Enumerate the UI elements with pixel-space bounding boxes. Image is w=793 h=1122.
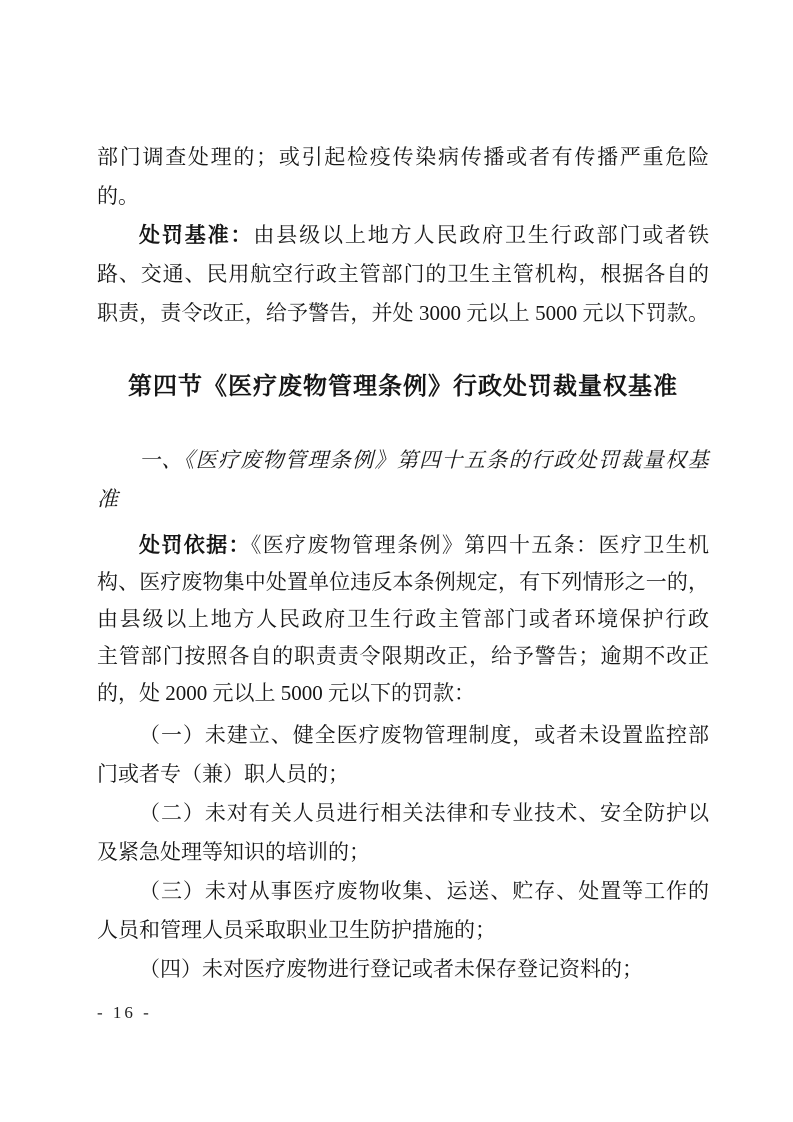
penalty-basis-label: 处罚依据： xyxy=(139,534,251,557)
body-text-line: 处罚依据：《医疗废物管理条例》第四十五条：医疗卫生机 xyxy=(97,527,709,564)
list-item-line: 门或者专（兼）职人员的； xyxy=(97,755,709,794)
list-item-line: （四）未对医疗废物进行登记或者未保存登记资料的； xyxy=(97,950,709,989)
vertical-spacer xyxy=(97,333,709,367)
list-item: （四）未对医疗废物进行登记或者未保存登记资料的； xyxy=(97,950,709,989)
vertical-spacer xyxy=(97,407,709,441)
paragraph-continuation: 部门调查处理的；或引起检疫传染病传播或者有传播严重危险 的。 xyxy=(97,138,709,216)
body-text-line: 路、交通、民用航空行政主管部门的卫生主管机构，根据各自的 xyxy=(97,255,709,294)
list-item-line: 人员和管理人员采取职业卫生防护措施的； xyxy=(97,911,709,950)
numbered-clause-list: （一）未建立、健全医疗废物管理制度，或者未设置监控部 门或者专（兼）职人员的； … xyxy=(97,716,709,989)
list-item: （三）未对从事医疗废物收集、运送、贮存、处置等工作的 人员和管理人员采取职业卫生… xyxy=(97,872,709,950)
body-text-line: 的。 xyxy=(97,177,709,216)
penalty-benchmark-label: 处罚基准： xyxy=(139,224,253,247)
body-text-line: 部门调查处理的；或引起检疫传染病传播或者有传播严重危险 xyxy=(97,138,709,177)
paragraph-penalty-basis: 处罚依据：《医疗废物管理条例》第四十五条：医疗卫生机 构、医疗废物集中处置单位违… xyxy=(97,527,709,712)
sub-heading-line: 准 xyxy=(97,480,709,519)
body-text-line: 的，处 2000 元以上 5000 元以下的罚款： xyxy=(97,675,709,712)
paragraph-penalty-benchmark: 处罚基准：由县级以上地方人民政府卫生行政部门或者铁 路、交通、民用航空行政主管部… xyxy=(97,216,709,333)
list-item-line: （一）未建立、健全医疗废物管理制度，或者未设置监控部 xyxy=(97,716,709,755)
document-page: 部门调查处理的；或引起检疫传染病传播或者有传播严重危险 的。 处罚基准：由县级以… xyxy=(0,0,793,1122)
footer-page-number: - 16 - xyxy=(97,1003,152,1023)
list-item-line: （二）未对有关人员进行相关法律和专业技术、安全防护以 xyxy=(97,794,709,833)
body-text-span: 由县级以上地方人民政府卫生行政部门或者铁 xyxy=(253,223,709,247)
document-content: 部门调查处理的；或引起检疫传染病传播或者有传播严重危险 的。 处罚基准：由县级以… xyxy=(97,138,709,989)
body-text-line: 职责，责令改正，给予警告，并处 3000 元以上 5000 元以下罚款。 xyxy=(97,294,709,333)
body-text-line: 构、医疗废物集中处置单位违反本条例规定，有下列情形之一的， xyxy=(97,564,709,601)
body-text-line: 由县级以上地方人民政府卫生行政主管部门或者环境保护行政 xyxy=(97,601,709,638)
sub-heading-line: 一、《医疗废物管理条例》第四十五条的行政处罚裁量权基 xyxy=(97,441,709,480)
list-item-line: （三）未对从事医疗废物收集、运送、贮存、处置等工作的 xyxy=(97,872,709,911)
list-item: （二）未对有关人员进行相关法律和专业技术、安全防护以 及紧急处理等知识的培训的； xyxy=(97,794,709,872)
body-text-line: 处罚基准：由县级以上地方人民政府卫生行政部门或者铁 xyxy=(97,216,709,255)
list-item: （一）未建立、健全医疗废物管理制度，或者未设置监控部 门或者专（兼）职人员的； xyxy=(97,716,709,794)
list-item-line: 及紧急处理等知识的培训的； xyxy=(97,833,709,872)
body-text-span: 《医疗废物管理条例》第四十五条：医疗卫生机 xyxy=(251,533,709,557)
sub-heading: 一、《医疗废物管理条例》第四十五条的行政处罚裁量权基 准 xyxy=(97,441,709,519)
body-text-line: 主管部门按照各自的职责责令限期改正，给予警告；逾期不改正 xyxy=(97,638,709,675)
section-heading: 第四节《医疗废物管理条例》行政处罚裁量权基准 xyxy=(97,367,709,407)
